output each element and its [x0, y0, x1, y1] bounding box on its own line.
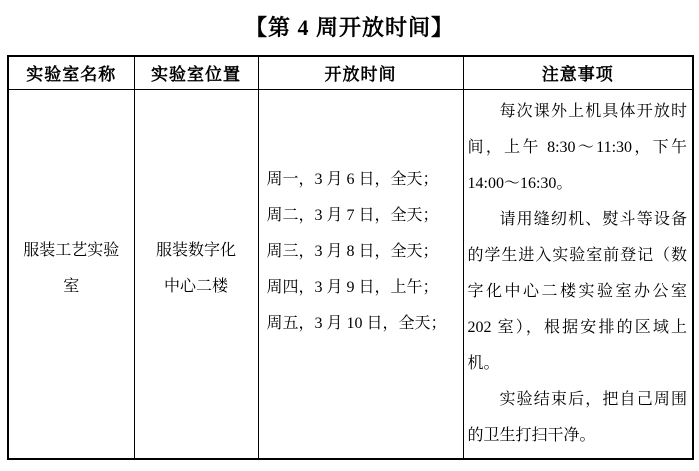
- header-lab-name: 实验室名称: [8, 56, 134, 89]
- open-time-tuesday: 周二，3 月 7 日，全天；: [267, 198, 459, 234]
- cell-lab-name: 服装工艺实验室: [8, 89, 134, 459]
- note-paragraph-cleanup: 实验结束后，把自己周围的卫生打扫干净。: [468, 382, 688, 454]
- open-time-wednesday: 周三，3 月 8 日，全天；: [267, 234, 459, 270]
- lab-location-text: 服装数字化中心二楼: [156, 242, 236, 295]
- cell-open-times: 周一，3 月 6 日，全天； 周二，3 月 7 日，全天； 周三，3 月 8 日…: [258, 89, 463, 459]
- open-time-friday: 周五，3 月 10 日，全天；: [267, 306, 459, 342]
- page-title: 【第 4 周开放时间】: [0, 13, 699, 43]
- open-time-thursday: 周四，3 月 9 日，上午；: [267, 270, 459, 306]
- header-open-time: 开放时间: [258, 56, 463, 89]
- cell-lab-location: 服装数字化中心二楼: [134, 89, 258, 459]
- cell-notes: 每次课外上机具体开放时间，上午 8:30～11:30，下午 14:00～16:3…: [463, 89, 693, 459]
- schedule-table: 实验室名称 实验室位置 开放时间 注意事项 服装工艺实验室 服装数字化中心二楼 …: [7, 55, 694, 460]
- header-lab-location: 实验室位置: [134, 56, 258, 89]
- note-paragraph-open-hours: 每次课外上机具体开放时间，上午 8:30～11:30，下午 14:00～16:3…: [468, 94, 688, 202]
- table-header-row: 实验室名称 实验室位置 开放时间 注意事项: [8, 56, 693, 89]
- lab-name-text: 服装工艺实验室: [23, 242, 119, 295]
- open-time-monday: 周一，3 月 6 日，全天；: [267, 162, 459, 198]
- note-paragraph-registration: 请用缝纫机、熨斗等设备的学生进入实验室前登记（数字化中心二楼实验室办公室 202…: [468, 202, 688, 382]
- document-page: 【第 4 周开放时间】 实验室名称 实验室位置 开放时间 注意事项 服装工艺实验…: [0, 0, 699, 471]
- table-row: 服装工艺实验室 服装数字化中心二楼 周一，3 月 6 日，全天； 周二，3 月 …: [8, 89, 693, 459]
- header-notes: 注意事项: [463, 56, 693, 89]
